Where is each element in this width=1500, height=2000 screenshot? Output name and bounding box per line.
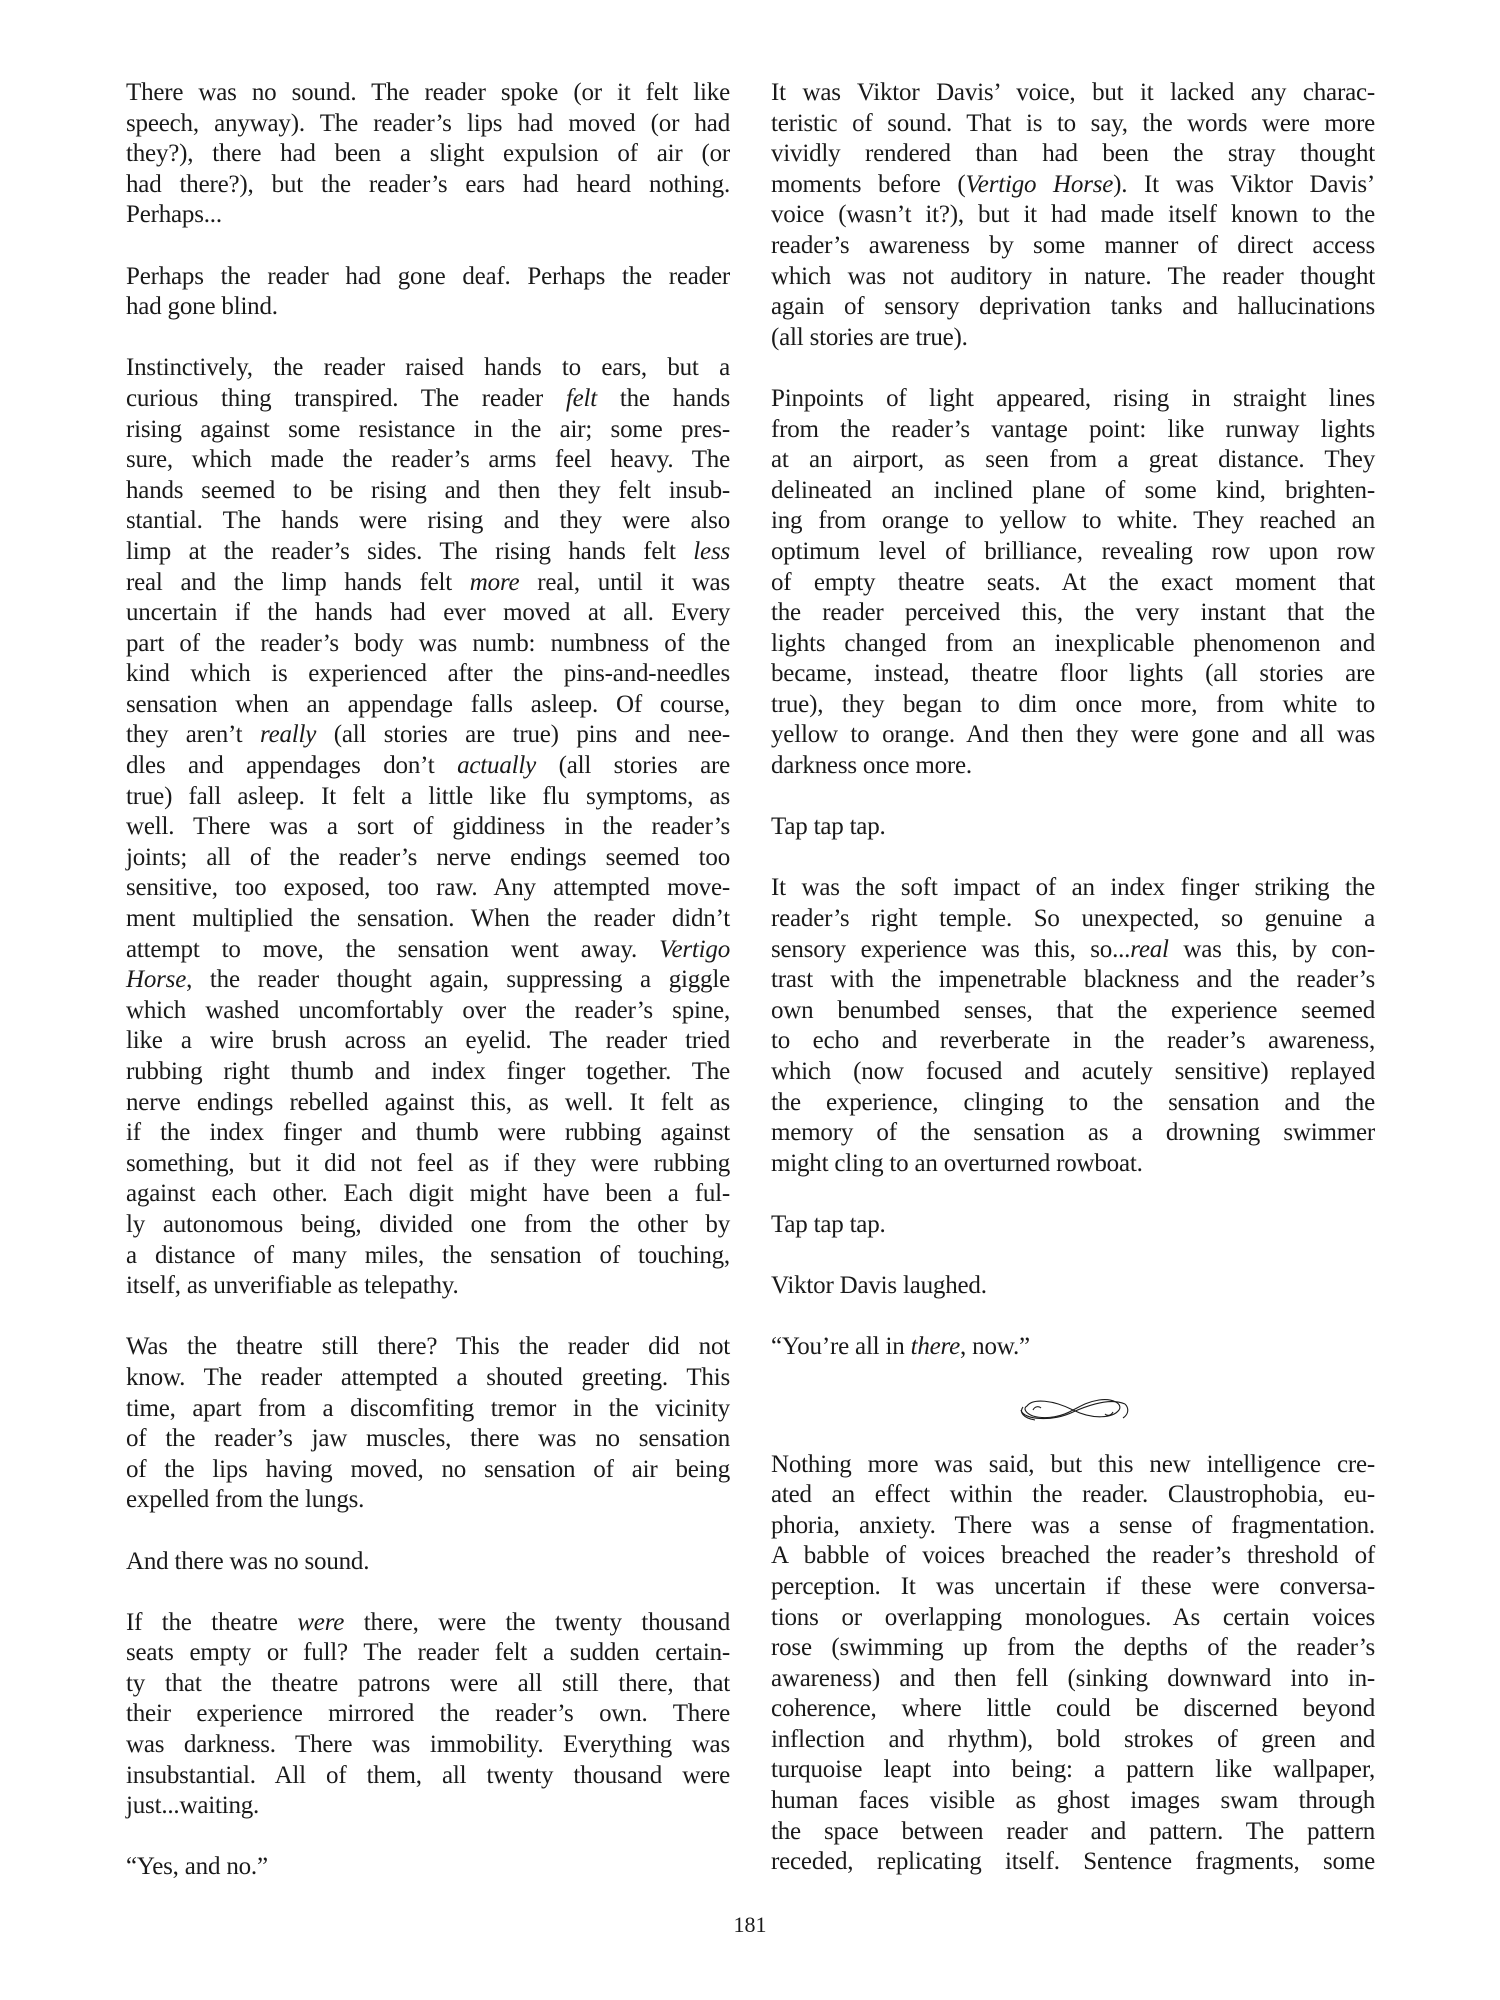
text-line: sensation when an appendage falls asleep…: [126, 690, 730, 721]
text-line: of the reader’s jaw muscles, there was n…: [126, 1424, 730, 1455]
text-line: Tap tap tap.: [771, 812, 1375, 843]
text-line: a distance of many miles, the sensation …: [126, 1241, 730, 1272]
text-line: (all stories are true).: [771, 323, 1375, 354]
text-line: moments before (Vertigo Horse). It was V…: [771, 170, 1375, 201]
right-column: It was Viktor Davis’ voice, but it lacke…: [771, 78, 1375, 1908]
text-line: to echo and reverberate in the reader’s …: [771, 1026, 1375, 1057]
text-line: dles and appendages don’t actually (all …: [126, 751, 730, 782]
text-line: nerve endings rebelled against this, as …: [126, 1088, 730, 1119]
text-line: “Yes, and no.”: [126, 1852, 730, 1883]
emphasis: were: [297, 1609, 344, 1636]
paragraph: Was the theatre still there? This the re…: [126, 1332, 730, 1516]
text-line: expelled from the lungs.: [126, 1485, 730, 1516]
text-line: teristic of sound. That is to say, the w…: [771, 109, 1375, 140]
text-line: If the theatre were there, were the twen…: [126, 1608, 730, 1639]
text-line: time, apart from a discomfiting tremor i…: [126, 1394, 730, 1425]
text-line: insubstantial. All of them, all twenty t…: [126, 1761, 730, 1792]
left-column: There was no sound. The reader spoke (or…: [126, 78, 730, 1914]
text-line: itself, as unverifiable as telepathy.: [126, 1271, 730, 1302]
emphasis: Horse: [126, 966, 186, 993]
text-line: Was the theatre still there? This the re…: [126, 1332, 730, 1363]
text-line: inflection and rhythm), bold strokes of …: [771, 1725, 1375, 1756]
text-line: Perhaps the reader had gone deaf. Perhap…: [126, 262, 730, 293]
page-number: 181: [0, 1912, 1500, 1938]
text-line: joints; all of the reader’s nerve ending…: [126, 843, 730, 874]
text-line: curious thing transpired. The reader fel…: [126, 384, 730, 415]
text-line: which washed uncomfortably over the read…: [126, 996, 730, 1027]
emphasis: there: [911, 1333, 960, 1360]
emphasis: more: [470, 569, 520, 596]
text-line: hands seemed to be rising and then they …: [126, 476, 730, 507]
text-line: seats empty or full? The reader felt a s…: [126, 1638, 730, 1669]
text-line: memory of the sensation as a drowning sw…: [771, 1118, 1375, 1149]
emphasis: Vertigo Horse: [966, 171, 1114, 198]
text-line: darkness once more.: [771, 751, 1375, 782]
text-line: like a wire brush across an eyelid. The …: [126, 1026, 730, 1057]
text-line: part of the reader’s body was numb: numb…: [126, 629, 730, 660]
text-line: became, instead, theatre floor lights (a…: [771, 659, 1375, 690]
text-line: if the index finger and thumb were rubbi…: [126, 1118, 730, 1149]
text-line: own benumbed senses, that the experience…: [771, 996, 1375, 1027]
text-line: attempt to move, the sensation went away…: [126, 935, 730, 966]
text-line: phoria, anxiety. There was a sense of fr…: [771, 1511, 1375, 1542]
text-line: something, but it did not feel as if the…: [126, 1149, 730, 1180]
text-line: Pinpoints of light appeared, rising in s…: [771, 384, 1375, 415]
text-line: delineated an inclined plane of some kin…: [771, 476, 1375, 507]
paragraph: Tap tap tap.: [771, 812, 1375, 843]
text-line: they aren’t really (all stories are true…: [126, 720, 730, 751]
text-line: true), they began to dim once more, from…: [771, 690, 1375, 721]
text-line: And there was no sound.: [126, 1547, 730, 1578]
text-line: uncertain if the hands had ever moved at…: [126, 598, 730, 629]
text-line: real and the limp hands felt more real, …: [126, 568, 730, 599]
text-line: was darkness. There was immobility. Ever…: [126, 1730, 730, 1761]
text-line: kind which is experienced after the pins…: [126, 659, 730, 690]
text-line: which (now focused and acutely sensitive…: [771, 1057, 1375, 1088]
text-line: coherence, where little could be discern…: [771, 1694, 1375, 1725]
text-line: “You’re all in there, now.”: [771, 1332, 1375, 1363]
paragraph: There was no sound. The reader spoke (or…: [126, 78, 730, 231]
text-line: of empty theatre seats. At the exact mom…: [771, 568, 1375, 599]
text-line: know. The reader attempted a shouted gre…: [126, 1363, 730, 1394]
emphasis: real: [1130, 936, 1169, 963]
text-line: perception. It was uncertain if these we…: [771, 1572, 1375, 1603]
text-line: trast with the impenetrable blackness an…: [771, 965, 1375, 996]
text-line: lights changed from an inexplicable phen…: [771, 629, 1375, 660]
paragraph: Pinpoints of light appeared, rising in s…: [771, 384, 1375, 782]
text-line: rubbing right thumb and index finger tog…: [126, 1057, 730, 1088]
text-line: human faces visible as ghost images swam…: [771, 1786, 1375, 1817]
book-page: There was no sound. The reader spoke (or…: [0, 0, 1500, 2000]
text-line: from the reader’s vantage point: like ru…: [771, 415, 1375, 446]
text-line: had gone blind.: [126, 292, 730, 323]
infinity-flourish-icon: [1013, 1394, 1133, 1424]
text-line: their experience mirrored the reader’s o…: [126, 1699, 730, 1730]
text-line: ly autonomous being, divided one from th…: [126, 1210, 730, 1241]
text-line: voice (wasn’t it?), but it had made itse…: [771, 200, 1375, 231]
text-line: just...waiting.: [126, 1791, 730, 1822]
text-line: It was Viktor Davis’ voice, but it lacke…: [771, 78, 1375, 109]
text-line: the experience, clinging to the sensatio…: [771, 1088, 1375, 1119]
text-line: sure, which made the reader’s arms feel …: [126, 445, 730, 476]
text-line: Instinctively, the reader raised hands t…: [126, 353, 730, 384]
text-line: There was no sound. The reader spoke (or…: [126, 78, 730, 109]
paragraph: Perhaps the reader had gone deaf. Perhap…: [126, 262, 730, 323]
text-line: ment multiplied the sensation. When the …: [126, 904, 730, 935]
text-line: might cling to an overturned rowboat.: [771, 1149, 1375, 1180]
text-line: Nothing more was said, but this new inte…: [771, 1450, 1375, 1481]
emphasis: less: [693, 538, 730, 565]
text-line: stantial. The hands were rising and they…: [126, 506, 730, 537]
paragraph: Instinctively, the reader raised hands t…: [126, 353, 730, 1301]
text-line: of the lips having moved, no sensation o…: [126, 1455, 730, 1486]
text-line: true) fall asleep. It felt a little like…: [126, 782, 730, 813]
text-line: the space between reader and pattern. Th…: [771, 1817, 1375, 1848]
paragraph: “You’re all in there, now.”: [771, 1332, 1375, 1363]
text-line: vividly rendered than had been the stray…: [771, 139, 1375, 170]
emphasis: actually: [457, 752, 536, 779]
text-line: ated an effect within the reader. Claust…: [771, 1480, 1375, 1511]
paragraph: And there was no sound.: [126, 1547, 730, 1578]
text-line: the reader perceived this, the very inst…: [771, 598, 1375, 629]
text-line: at an airport, as seen from a great dist…: [771, 445, 1375, 476]
paragraph: It was the soft impact of an index finge…: [771, 873, 1375, 1179]
text-line: speech, anyway). The reader’s lips had m…: [126, 109, 730, 140]
text-line: Viktor Davis laughed.: [771, 1271, 1375, 1302]
text-line: sensitive, too exposed, too raw. Any att…: [126, 873, 730, 904]
text-line: Tap tap tap.: [771, 1210, 1375, 1241]
text-line: rising against some resistance in the ai…: [126, 415, 730, 446]
text-line: they?), there had been a slight expulsio…: [126, 139, 730, 170]
paragraph: Tap tap tap.: [771, 1210, 1375, 1241]
paragraph: Nothing more was said, but this new inte…: [771, 1450, 1375, 1878]
text-line: well. There was a sort of giddiness in t…: [126, 812, 730, 843]
paragraph: “Yes, and no.”: [126, 1852, 730, 1883]
text-line: yellow to orange. And then they were gon…: [771, 720, 1375, 751]
text-line: rose (swimming up from the depths of the…: [771, 1633, 1375, 1664]
paragraph: It was Viktor Davis’ voice, but it lacke…: [771, 78, 1375, 353]
text-line: again of sensory deprivation tanks and h…: [771, 292, 1375, 323]
text-line: A babble of voices breached the reader’s…: [771, 1541, 1375, 1572]
text-line: had there?), but the reader’s ears had h…: [126, 170, 730, 201]
text-line: receded, replicating itself. Sentence fr…: [771, 1847, 1375, 1878]
text-line: Horse, the reader thought again, suppres…: [126, 965, 730, 996]
text-line: awareness) and then fell (sinking downwa…: [771, 1664, 1375, 1695]
text-line: It was the soft impact of an index finge…: [771, 873, 1375, 904]
text-line: turquoise leapt into being: a pattern li…: [771, 1755, 1375, 1786]
text-line: ing from orange to yellow to white. They…: [771, 506, 1375, 537]
text-line: optimum level of brilliance, revealing r…: [771, 537, 1375, 568]
text-line: ty that the theatre patrons were all sti…: [126, 1669, 730, 1700]
emphasis: Vertigo: [659, 936, 730, 963]
text-line: reader’s right temple. So unexpected, so…: [771, 904, 1375, 935]
text-line: limp at the reader’s sides. The rising h…: [126, 537, 730, 568]
text-line: sensory experience was this, so...real w…: [771, 935, 1375, 966]
text-line: Perhaps...: [126, 200, 730, 231]
paragraph: Viktor Davis laughed.: [771, 1271, 1375, 1302]
emphasis: felt: [566, 385, 597, 412]
text-line: tions or overlapping monologues. As cert…: [771, 1603, 1375, 1634]
text-line: against each other. Each digit might hav…: [126, 1179, 730, 1210]
text-line: reader’s awareness by some manner of dir…: [771, 231, 1375, 262]
emphasis: really: [260, 721, 316, 748]
paragraph: If the theatre were there, were the twen…: [126, 1608, 730, 1822]
text-line: which was not auditory in nature. The re…: [771, 262, 1375, 293]
